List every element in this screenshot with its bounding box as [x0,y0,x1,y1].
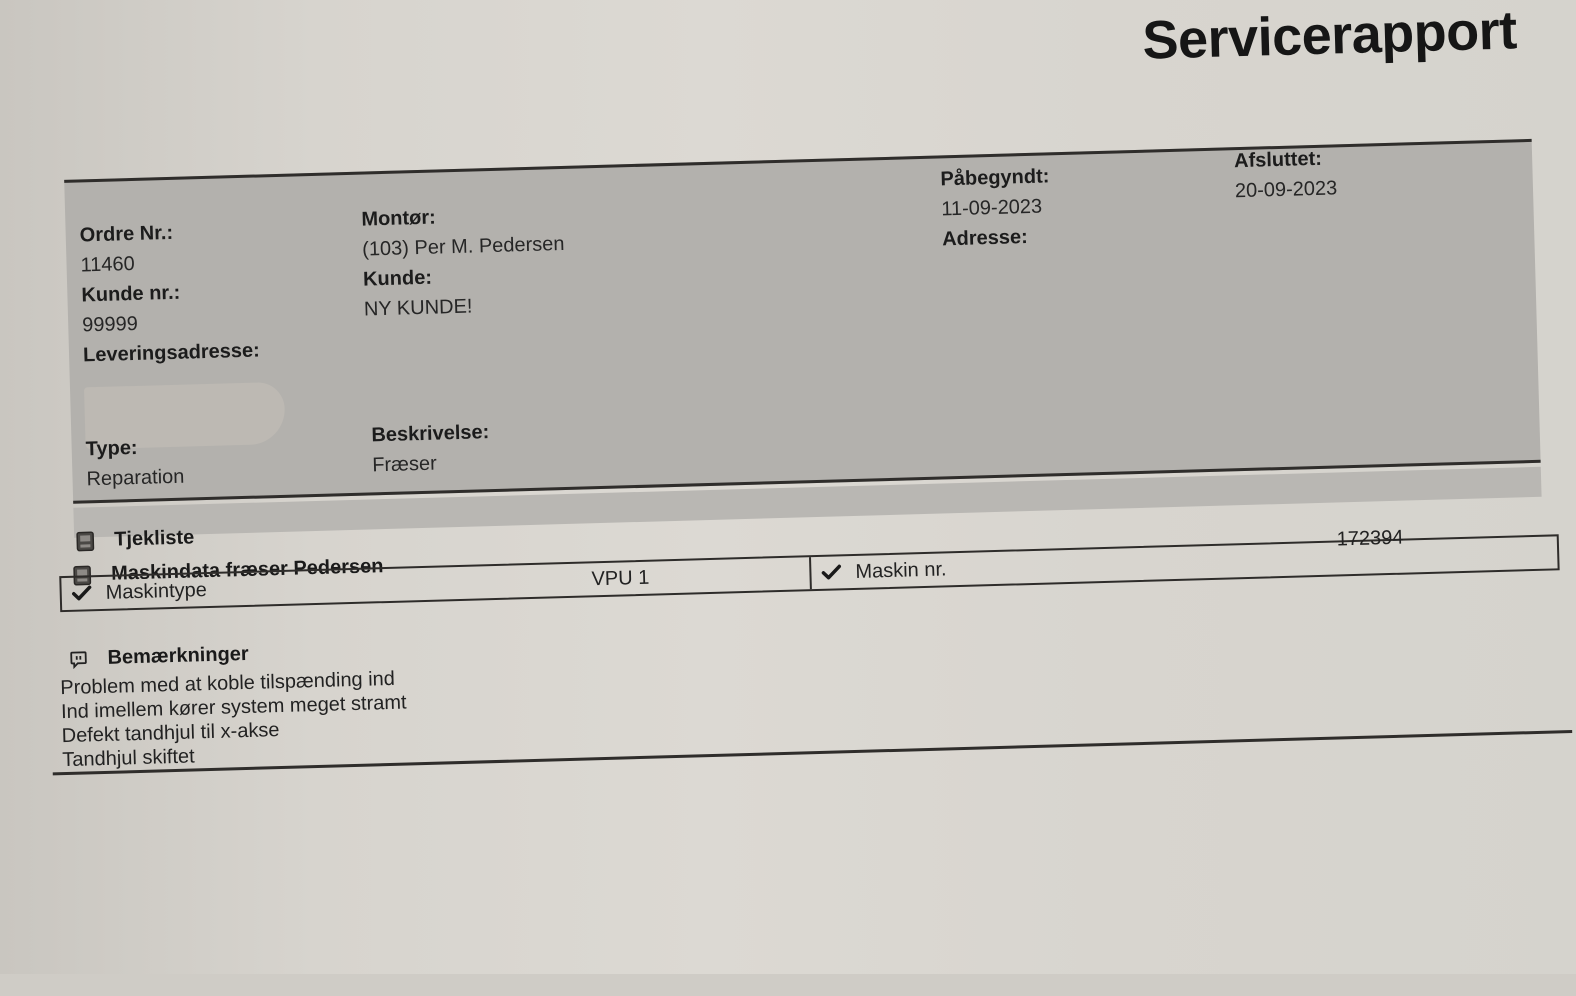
finished-value: 20-09-2023 [1235,173,1338,206]
machine-data-table: Maskintype VPU 1 Maskin nr. 172394 [59,534,1559,612]
type-field: Type: Reparation [85,432,184,495]
delivery-address-label: Leveringsadresse: [83,335,261,370]
machine-type-label: Maskintype [105,579,207,605]
checklist-title: Tjekliste [114,526,195,551]
type-label: Type: [85,432,184,465]
checkmark-icon [821,564,841,581]
service-report-sheet: Servicerapport Ordre Nr.: 11460 Kunde nr… [0,0,1576,974]
order-number-field: Ordre Nr.: 11460 Kunde nr.: 99999 Leveri… [79,216,260,371]
technician-field: Montør: (103) Per M. Pedersen Kunde: NY … [361,199,567,325]
customer-number-label: Kunde nr.: [81,276,259,311]
customer-number-value: 99999 [82,306,260,341]
order-number-value: 11460 [80,246,258,281]
comment-icon [69,649,88,669]
document-title: Servicerapport [1142,0,1518,72]
finished-field: Afsluttet: 20-09-2023 [1234,143,1338,206]
machine-number-value: 172394 [1336,527,1403,552]
machine-number-cell: Maskin nr. 172394 [811,536,1558,589]
started-label: Påbegyndt: [940,161,1050,194]
type-value: Reparation [86,462,185,495]
checklist-section-header: Tjekliste [76,526,195,552]
address-label: Adresse: [942,221,1052,254]
technician-value: (103) Per M. Pedersen [362,229,565,265]
remarks-title: Bemærkninger [107,643,249,670]
machine-number-label: Maskin nr. [855,558,947,584]
checkmark-icon [72,585,92,602]
started-value: 11-09-2023 [941,191,1051,224]
machine-type-value: VPU 1 [591,566,649,591]
description-label: Beskrivelse: [371,417,490,450]
description-value: Fræser [372,447,491,480]
finished-label: Afsluttet: [1234,143,1337,176]
order-header-box: Ordre Nr.: 11460 Kunde nr.: 99999 Leveri… [64,139,1540,504]
remarks-section-header: Bemærkninger [69,643,249,671]
started-field: Påbegyndt: 11-09-2023 Adresse: [940,161,1051,254]
remarks-text: Problem med at koble tilspænding ind Ind… [60,667,408,773]
form-icon [76,531,95,551]
paper-background: Servicerapport Ordre Nr.: 11460 Kunde nr… [0,0,1576,974]
description-field: Beskrivelse: Fræser [371,417,491,480]
customer-value: NY KUNDE! [363,289,566,325]
order-number-label: Ordre Nr.: [79,216,257,251]
